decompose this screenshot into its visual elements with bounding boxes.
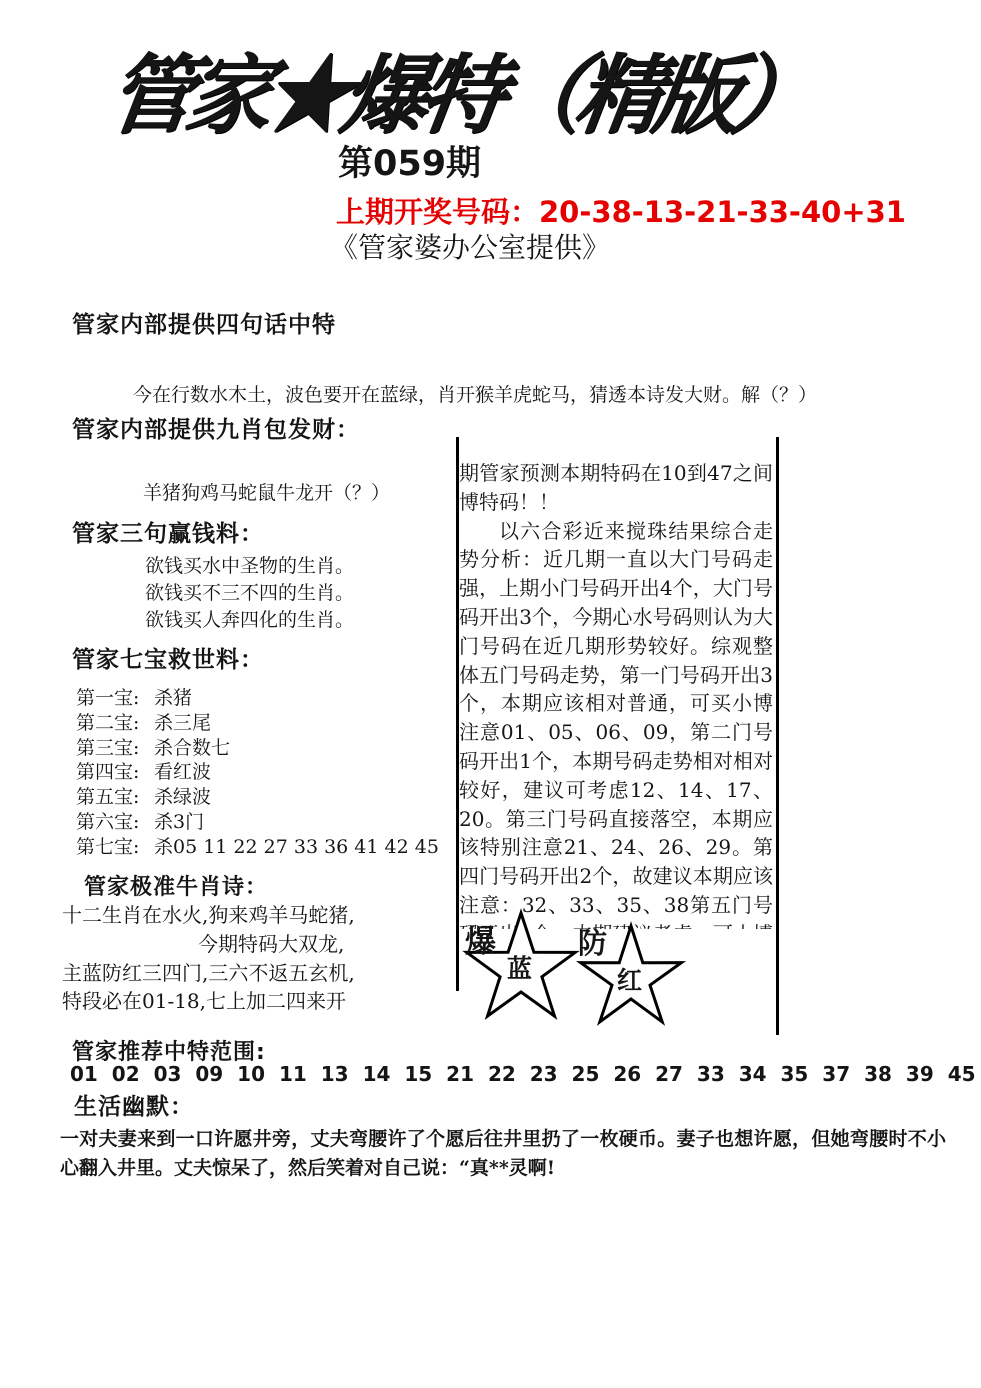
treasure-value: 杀3门 <box>154 810 204 835</box>
treasure-value: 杀三尾 <box>154 711 211 736</box>
guard-label: 防 <box>578 926 607 960</box>
provider-line: 《管家婆办公室提供》 <box>330 226 610 266</box>
three-sentences-list: 欲钱买水中圣物的生肖。 欲钱买不三不四的生肖。 欲钱买人奔四化的生肖。 <box>145 553 354 634</box>
treasure-value: 杀合数七 <box>154 736 230 761</box>
nine-zodiac-content: 羊猪狗鸡马蛇鼠牛龙开（？） <box>143 478 390 505</box>
treasure-label: 第一宝: <box>76 686 154 711</box>
treasure-row: 第一宝: 杀猪 <box>76 686 439 711</box>
red-label: 红 <box>617 966 642 995</box>
treasure-label: 第二宝: <box>76 711 154 736</box>
poem-line: 十二生肖在水火,狗来鸡羊马蛇猪, <box>62 901 355 930</box>
treasure-label: 第三宝: <box>76 736 154 761</box>
treasure-value: 杀猪 <box>154 686 192 711</box>
poem-line: 特段必在01-18,七上加二四来开 <box>62 987 355 1016</box>
humor-content: 一对夫妻来到一口许愿井旁，丈夫弯腰许了个愿后往井里扔了一枚硬币。妻子也想许愿，但… <box>60 1125 946 1183</box>
issue-number: 第059期 <box>338 136 481 186</box>
masthead-title: 管家★爆特（精版） <box>101 26 838 150</box>
lottery-tip-sheet: 管家★爆特（精版） 第059期 上期开奖号码：20-38-13-21-33-40… <box>0 0 981 1388</box>
burst-label: 爆 <box>465 924 496 960</box>
seven-treasures-list: 第一宝: 杀猪 第二宝: 杀三尾 第三宝: 杀合数七 第四宝: 看红波 第五宝:… <box>76 686 439 860</box>
heading-three-sentences: 管家三句赢钱料： <box>72 515 264 548</box>
treasure-row: 第六宝: 杀3门 <box>76 810 439 835</box>
treasure-label: 第四宝: <box>76 760 154 785</box>
treasure-value: 看红波 <box>154 760 211 785</box>
treasure-value: 杀05 11 22 27 33 36 41 42 45 <box>154 835 439 860</box>
blue-label: 蓝 <box>507 954 532 983</box>
treasure-row: 第五宝: 杀绿波 <box>76 785 439 810</box>
analysis-right-rule <box>776 437 779 1035</box>
last-draw-numbers: 上期开奖号码：20-38-13-21-33-40+31 <box>336 190 906 231</box>
heading-zodiac-poem: 管家极准牛肖诗： <box>84 870 268 901</box>
treasure-label: 第七宝: <box>76 835 154 860</box>
heading-seven-treasures: 管家七宝救世料： <box>72 641 264 674</box>
treasure-label: 第五宝: <box>76 785 154 810</box>
poem-line: 今期特码大双龙, <box>62 930 355 959</box>
three-sentences-line: 欲钱买人奔四化的生肖。 <box>145 607 354 634</box>
trend-analysis-column: 期管家预测本期特码在10到47之间博特码！！ 以六合彩近来搅珠结果综合走势分析：… <box>459 437 773 929</box>
three-sentences-line: 欲钱买不三不四的生肖。 <box>145 580 354 607</box>
treasure-row: 第七宝: 杀05 11 22 27 33 36 41 42 45 <box>76 835 439 860</box>
recommend-numbers: 01 02 03 09 10 11 13 14 15 21 22 23 25 2… <box>70 1062 981 1086</box>
analysis-paragraph: 以六合彩近来搅珠结果综合走势分析：近几期一直以大门号码走强，上期小门号码开出4个… <box>459 517 773 929</box>
analysis-paragraph: 期管家预测本期特码在10到47之间博特码！！ <box>459 459 773 517</box>
heading-four-sentences: 管家内部提供四句话中特 <box>72 306 336 339</box>
three-sentences-line: 欲钱买水中圣物的生肖。 <box>145 553 354 580</box>
four-sentences-content: 今在行数水木土，波色要开在蓝绿，肖开猴羊虎蛇马，猜透本诗发大财。解（？） <box>133 380 817 407</box>
treasure-value: 杀绿波 <box>154 785 211 810</box>
zodiac-poem: 十二生肖在水火,狗来鸡羊马蛇猪, 今期特码大双龙, 主蓝防红三四门,三六不返五玄… <box>62 901 355 1016</box>
heading-life-humor: 生活幽默： <box>74 1088 194 1121</box>
treasure-row: 第四宝: 看红波 <box>76 760 439 785</box>
treasure-label: 第六宝: <box>76 810 154 835</box>
treasure-row: 第三宝: 杀合数七 <box>76 736 439 761</box>
poem-line: 主蓝防红三四门,三六不返五玄机, <box>62 959 355 988</box>
burst-guard-stars: 爆 蓝 防 红 <box>452 905 692 1030</box>
heading-nine-zodiac: 管家内部提供九肖包发财： <box>72 411 360 444</box>
treasure-row: 第二宝: 杀三尾 <box>76 711 439 736</box>
